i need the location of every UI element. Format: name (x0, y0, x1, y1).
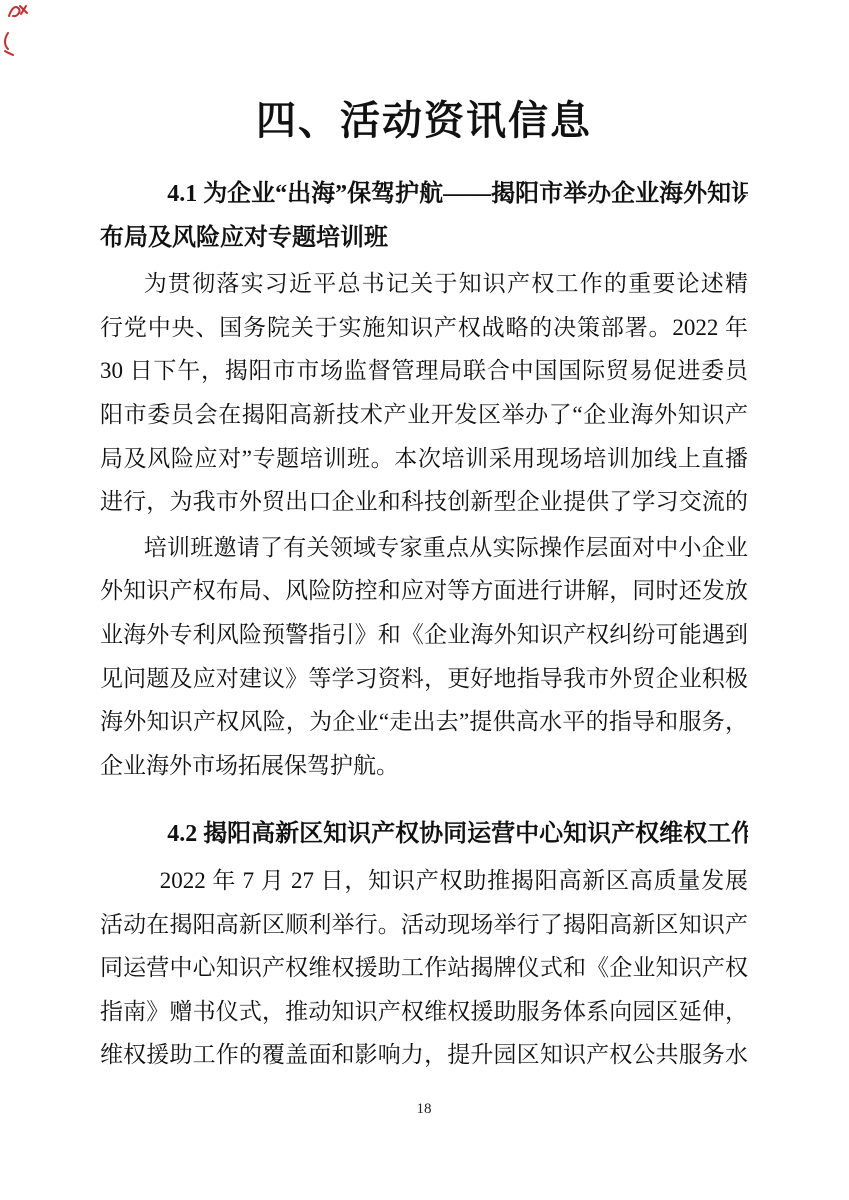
paragraph-line: 指南》赠书仪式，推动知识产权维权援助服务体系向园区延伸，扩大 (100, 990, 748, 1034)
section-4-1-paragraph-1: 为贯彻落实习近平总书记关于知识产权工作的重要论述精神，践 行党中央、国务院关于实… (100, 262, 748, 524)
section-4-2-heading-line-1: 4.2 揭阳高新区知识产权协同运营中心知识产权维权工作站揭牌 (100, 813, 748, 857)
section-4-1-heading-line-2: 布局及风险应对专题培训班 (100, 217, 748, 261)
paragraph-line: 2022 年 7 月 27 日，知识产权助推揭阳高新区高质量发展系列 (100, 859, 748, 903)
paragraph-line: 海外知识产权风险，为企业“走出去”提供高水平的指导和服务，为 (100, 700, 748, 744)
paragraph-line: 业海外专利风险预警指引》和《企业海外知识产权纠纷可能遇到的常 (100, 613, 748, 657)
paragraph-line: 培训班邀请了有关领域专家重点从实际操作层面对中小企业海 (100, 526, 748, 570)
paragraph-line: 活动在揭阳高新区顺利举行。活动现场举行了揭阳高新区知识产权协 (100, 903, 748, 947)
red-scribble-icon (1, 31, 15, 57)
section-4-1-heading: 4.1 为企业“出海”保驾护航——揭阳市举办企业海外知识产权 布局及风险应对专题… (100, 173, 748, 260)
paragraph-line: 企业海外市场拓展保驾护航。 (100, 744, 748, 788)
paragraph-line: 进行，为我市外贸出口企业和科技创新型企业提供了学习交流的机会。 (100, 480, 748, 524)
paragraph-line: 行党中央、国务院关于实施知识产权战略的决策部署。2022 年 11 月 (100, 306, 748, 350)
section-4-1: 4.1 为企业“出海”保驾护航——揭阳市举办企业海外知识产权 布局及风险应对专题… (100, 173, 748, 787)
paragraph-line: 见问题及应对建议》等学习资料，更好地指导我市外贸企业积极应对 (100, 657, 748, 701)
page-number: 18 (100, 1099, 748, 1119)
paragraph-line: 为贯彻落实习近平总书记关于知识产权工作的重要论述精神，践 (100, 262, 748, 306)
paragraph-line: 30 日下午，揭阳市市场监督管理局联合中国国际贸易促进委员会揭 (100, 349, 748, 393)
section-4-2: 4.2 揭阳高新区知识产权协同运营中心知识产权维权工作站揭牌 2022 年 7 … (100, 813, 748, 1077)
section-4-1-heading-line-1: 4.1 为企业“出海”保驾护航——揭阳市举办企业海外知识产权 (100, 173, 748, 217)
section-4-2-heading: 4.2 揭阳高新区知识产权协同运营中心知识产权维权工作站揭牌 (100, 813, 748, 857)
red-scribble-icon (7, 3, 29, 21)
section-4-1-paragraph-2: 培训班邀请了有关领域专家重点从实际操作层面对中小企业海 外知识产权布局、风险防控… (100, 526, 748, 788)
paragraph-line: 同运营中心知识产权维权援助工作站揭牌仪式和《企业知识产权保护 (100, 946, 748, 990)
section-4-2-paragraph-1: 2022 年 7 月 27 日，知识产权助推揭阳高新区高质量发展系列 活动在揭阳… (100, 859, 748, 1077)
page-title: 四、活动资讯信息 (100, 0, 748, 147)
paragraph-line: 局及风险应对”专题培训班。本次培训采用现场培训加线上直播方式 (100, 437, 748, 481)
paragraph-line: 维权援助工作的覆盖面和影响力，提升园区知识产权公共服务水平。 (100, 1033, 748, 1077)
document-page: 四、活动资讯信息 4.1 为企业“出海”保驾护航——揭阳市举办企业海外知识产权 … (0, 0, 849, 1200)
paragraph-line: 阳市委员会在揭阳高新技术产业开发区举办了“企业海外知识产权布 (100, 393, 748, 437)
document-content: 四、活动资讯信息 4.1 为企业“出海”保驾护航——揭阳市举办企业海外知识产权 … (100, 0, 748, 1119)
paragraph-line: 外知识产权布局、风险防控和应对等方面进行讲解，同时还发放了《企 (100, 569, 748, 613)
